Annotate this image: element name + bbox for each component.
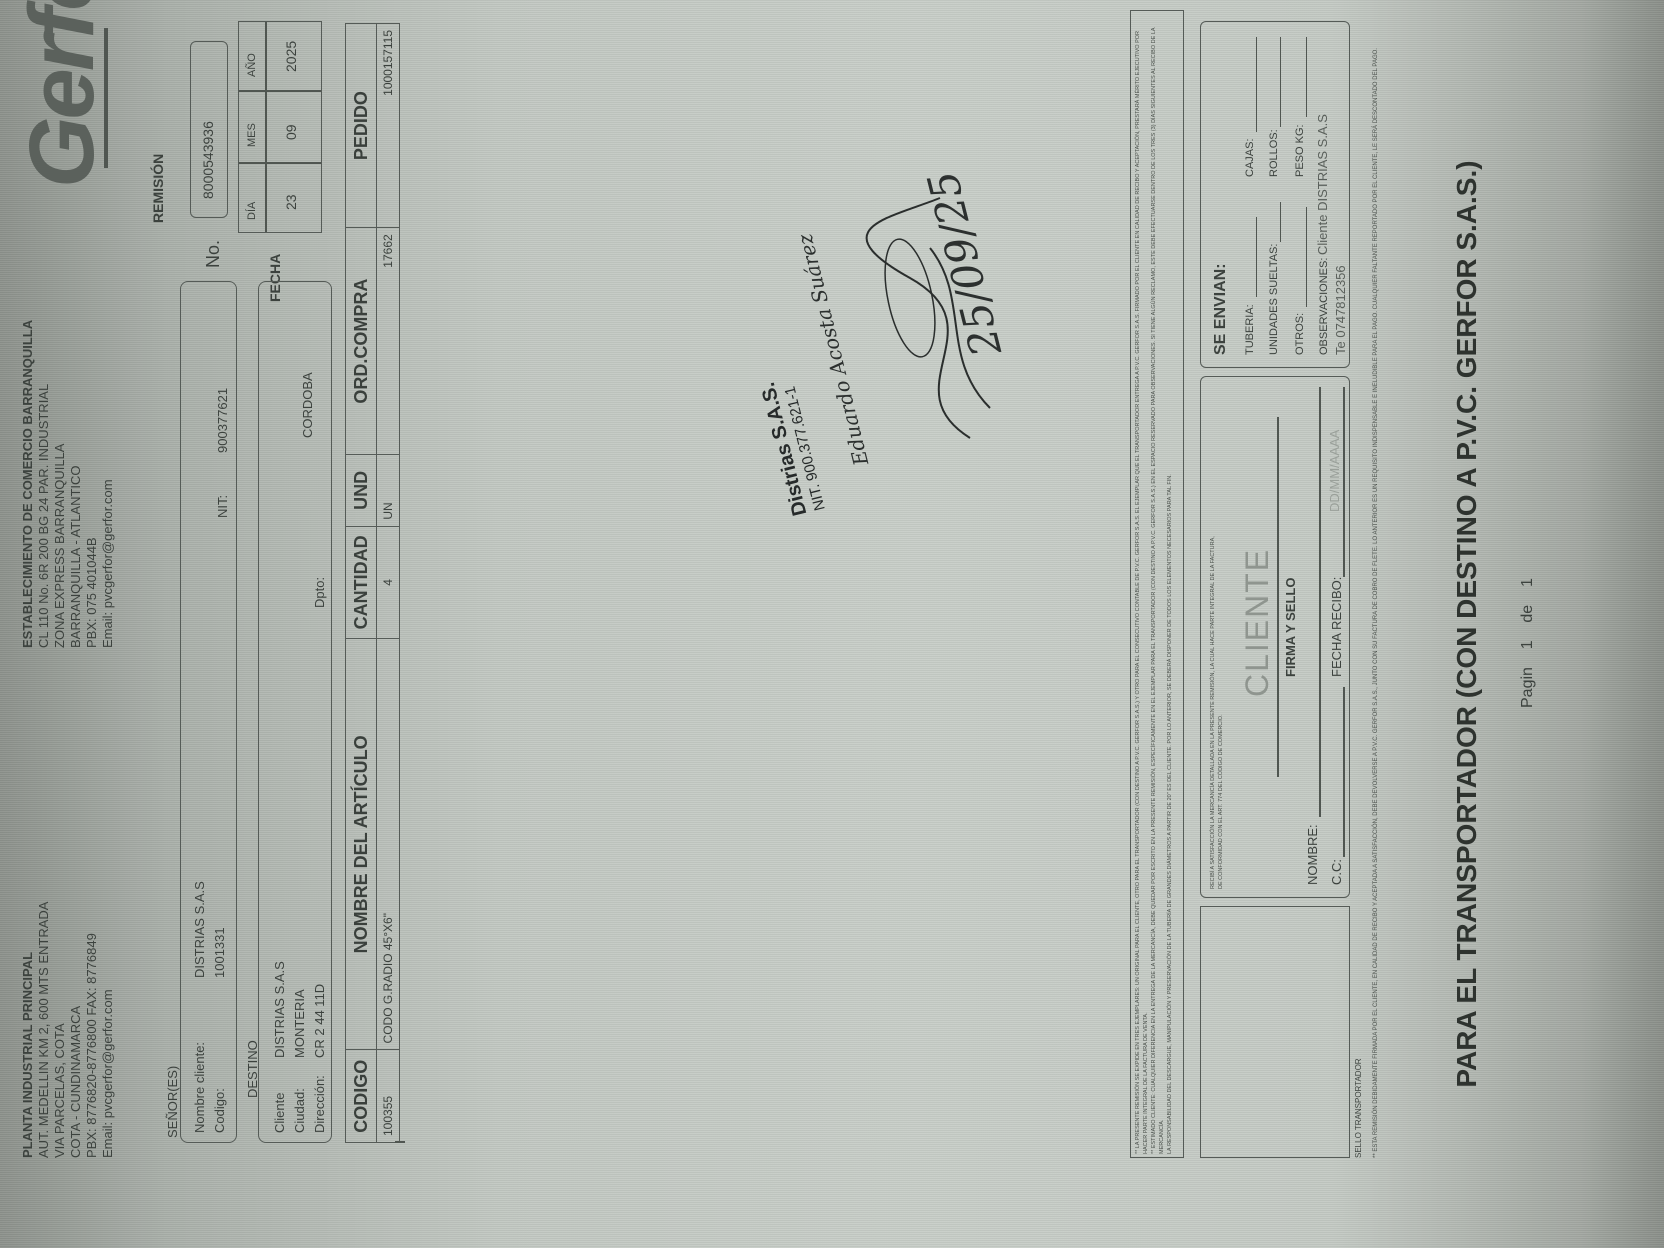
codigo-label: Codigo: — [212, 1088, 228, 1133]
cc-field-line[interactable] — [1343, 687, 1345, 857]
codigo-value: 1001331 — [212, 927, 228, 978]
logo-underline — [104, 28, 108, 168]
telefono-value: Te 0747812356 — [1333, 265, 1349, 355]
destino-ciudad-value: MONTERIA — [292, 989, 308, 1058]
fecha-ano: 2025 — [283, 41, 299, 72]
nombre-field-line[interactable] — [1319, 387, 1321, 817]
transporter-stamp-box — [1200, 906, 1350, 1158]
senores-label: SEÑOR(ES) — [165, 1066, 181, 1138]
branch-address-block: ESTABLECIMIENTO DE COMERCIO BARRANQUILLA… — [20, 320, 116, 648]
nit-value: 900377621 — [215, 388, 231, 453]
remision-document: PLANTA INDUSTRIAL PRINCIPAL AUT. MEDELLI… — [0, 0, 1664, 1248]
destino-direccion-value: CR 2 44 11D — [312, 984, 328, 1058]
fecha-dia: 23 — [283, 194, 299, 210]
distrias-stamp: Distrias S.A.S. NIT. 900.377.621-1 — [757, 376, 829, 518]
remision-number: 8000543936 — [200, 121, 216, 199]
observaciones-value: Cliente DISTRIAS S.A.S — [1315, 114, 1331, 255]
fecha-mes: 09 — [283, 124, 299, 140]
remision-title: REMISIÓN — [150, 154, 166, 223]
transporter-label: SELLO TRANSPORTADOR — [1352, 1058, 1366, 1158]
nit-label: NIT: — [215, 495, 231, 518]
gerfor-logo: Gerfor — [10, 0, 115, 188]
transport-note: ** ESTA REMISIÓN DEBIDAMENTE FIRMADA POR… — [1372, 18, 1380, 1158]
destino-cliente-value: DISTRIAS S.A.S — [272, 961, 288, 1058]
legal-box: ** LA PRESENTE REMISIÓN SE EXPIDE EN TRE… — [1130, 10, 1184, 1158]
remision-number-box: 8000543936 — [190, 41, 228, 218]
plant-address-block: PLANTA INDUSTRIAL PRINCIPAL AUT. MEDELLI… — [20, 902, 116, 1158]
page-indicator: Pagin 1 de 1 — [1520, 578, 1536, 708]
receipt-box: RECIBÍ A SATISFACCIÓN LA MERCANCÍA DETAL… — [1200, 376, 1350, 898]
table-row: 100355 CODO G.RADIO 45°X6" 4 UN 17662 10… — [377, 24, 400, 1143]
footer-title: PARA EL TRANSPORTADOR (CON DESTINO A P.V… — [1450, 0, 1484, 1248]
destino-dpto-value: CORDOBA — [300, 372, 316, 438]
nombre-cliente-value: DISTRIAS S.A.S — [192, 881, 208, 978]
plant-title: PLANTA INDUSTRIAL PRINCIPAL — [20, 902, 36, 1158]
nombre-cliente-label: Nombre cliente: — [192, 1042, 208, 1133]
cliente-watermark: CLIENTE — [1239, 548, 1276, 697]
items-table: CODIGO NOMBRE DEL ARTÍCULO CANTIDAD UND … — [345, 23, 400, 1143]
remision-no-label: No. — [205, 240, 221, 268]
fecha-box: FECHA DÍA MES AÑO 23 09 2025 — [238, 21, 322, 233]
se-envian-title: SE ENVIAN: — [1213, 263, 1229, 355]
fecha-recibo-field-line[interactable] — [1343, 387, 1345, 577]
items-header-row: CODIGO NOMBRE DEL ARTÍCULO CANTIDAD UND … — [346, 24, 377, 1143]
shipment-box: SE ENVIAN: TUBERIA: CAJAS: UNIDADES SUEL… — [1200, 21, 1350, 368]
branch-title: ESTABLECIMIENTO DE COMERCIO BARRANQUILLA — [20, 320, 36, 648]
firma-sello-label: FIRMA Y SELLO — [1283, 578, 1299, 677]
